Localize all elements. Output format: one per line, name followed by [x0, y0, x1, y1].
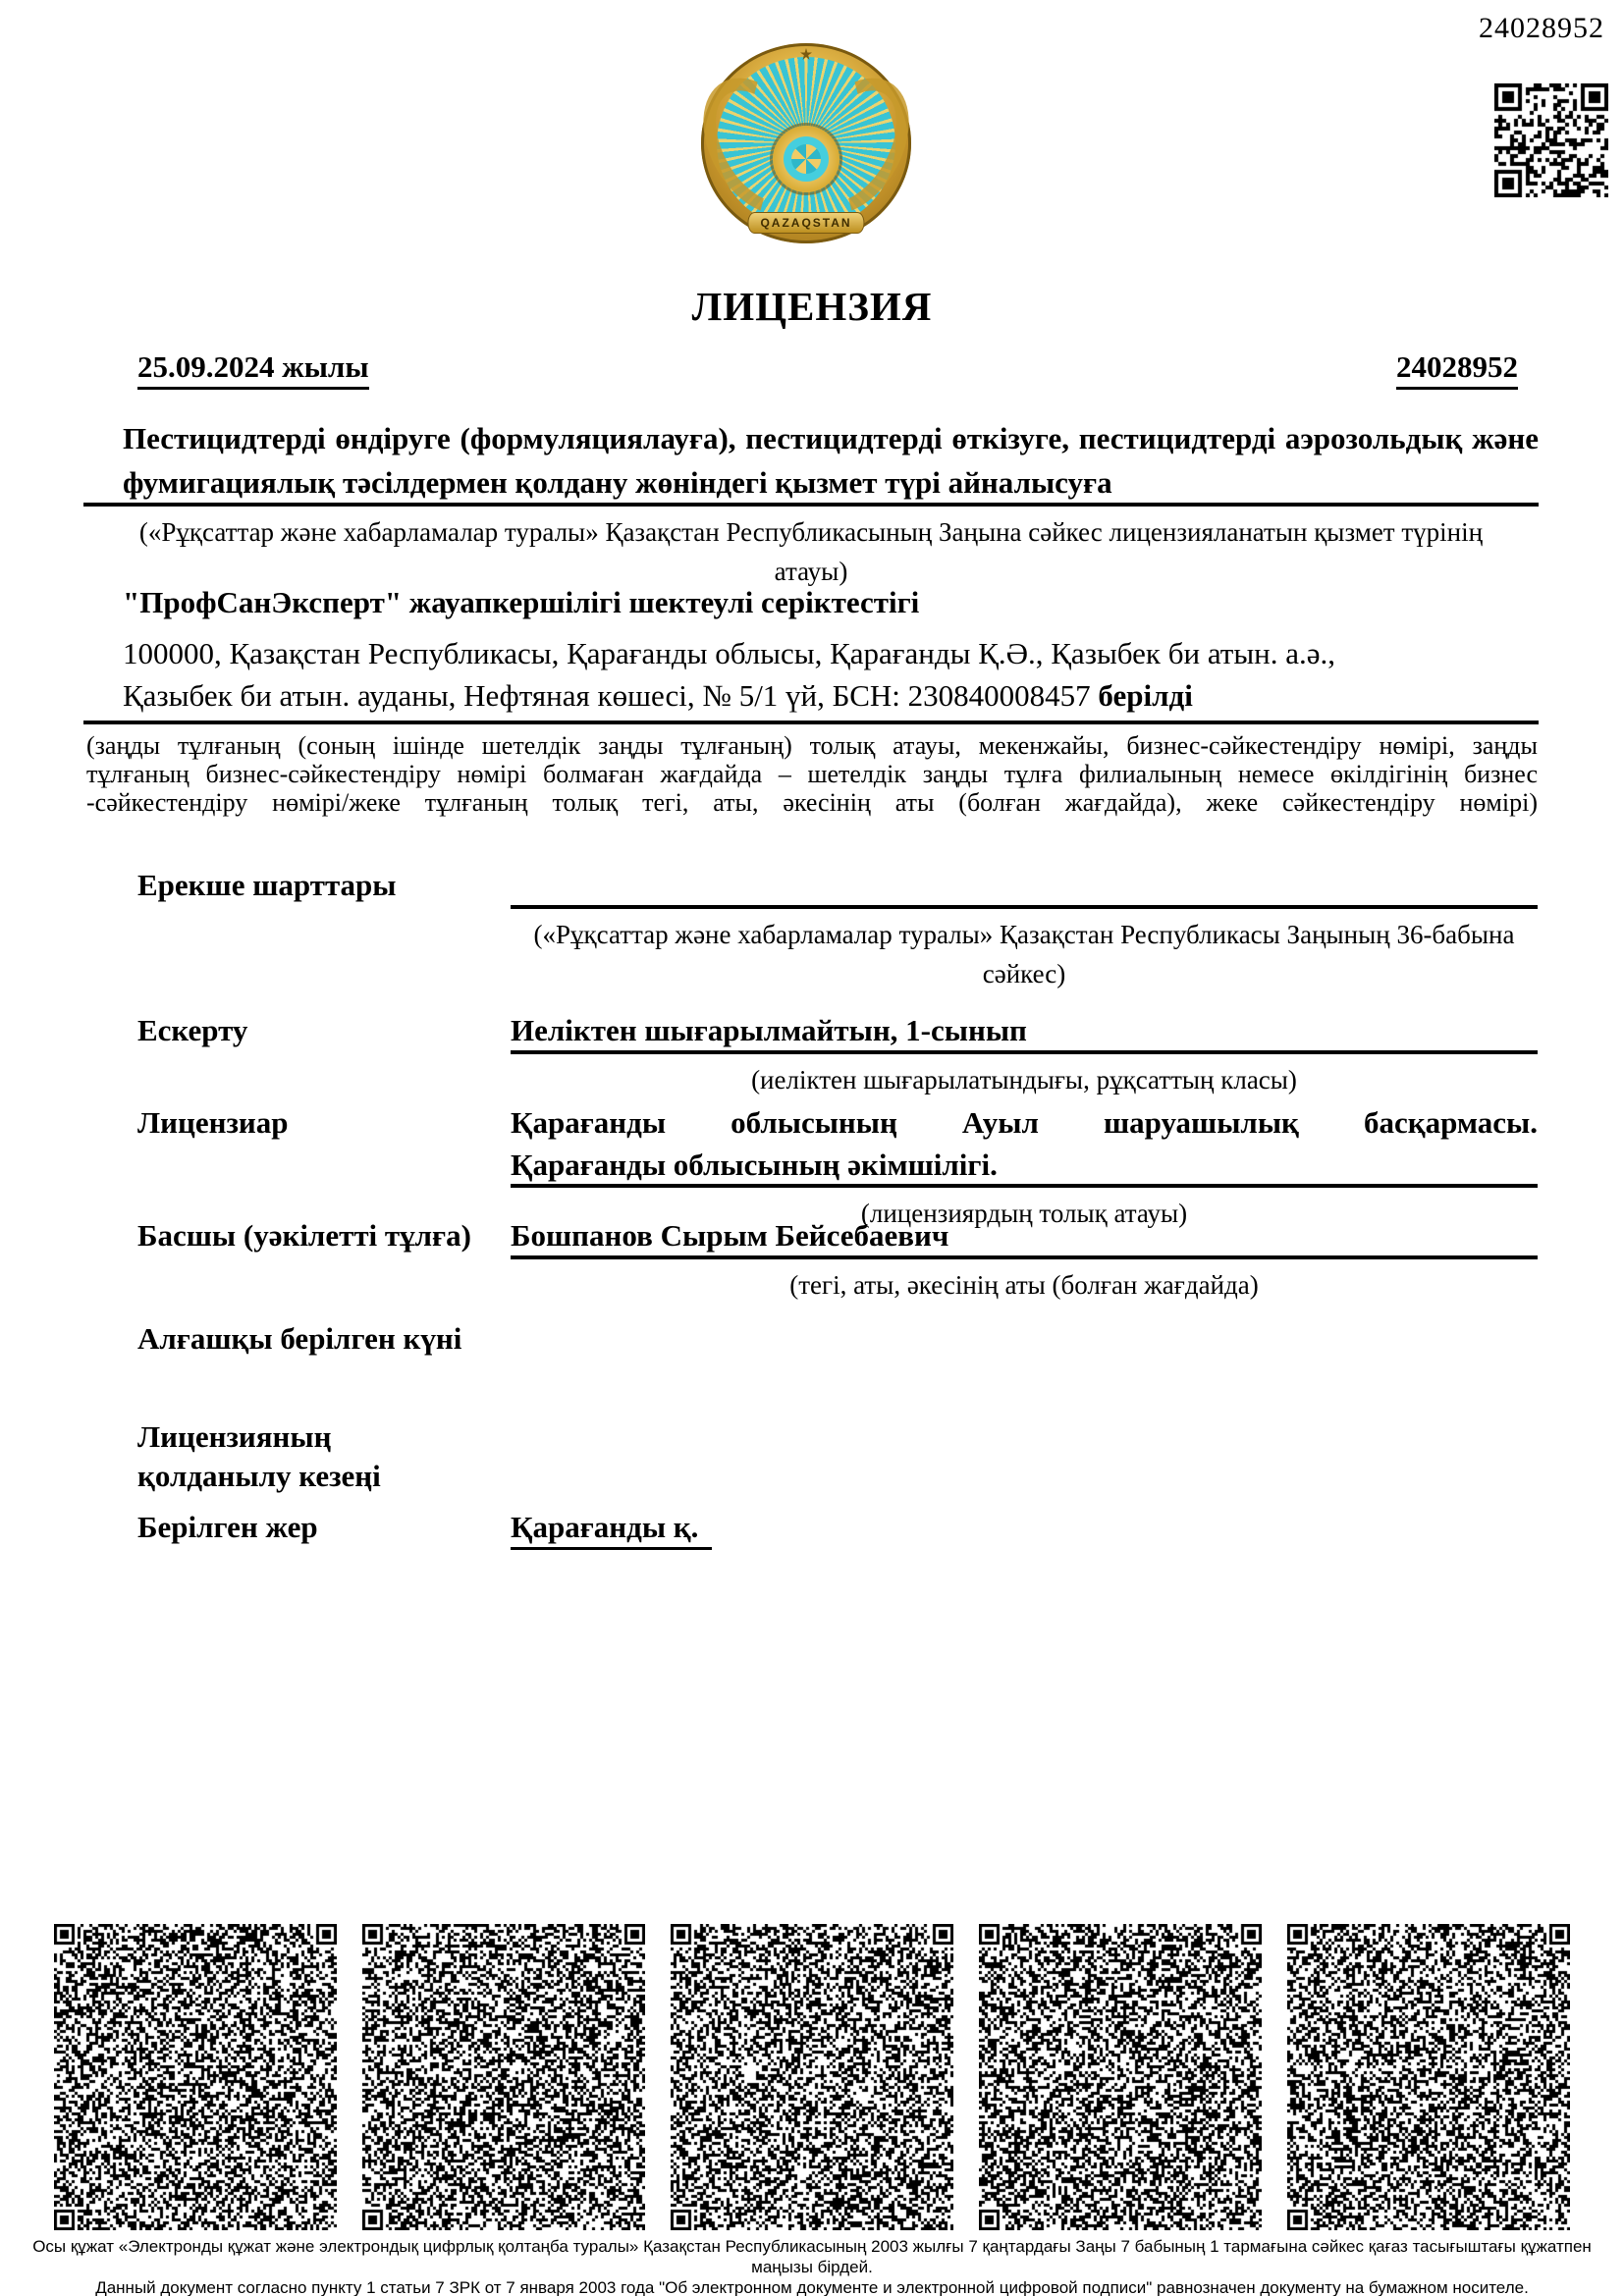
company-caption: (заңды тұлғаның (соның ішінде шетелдік з… — [86, 731, 1538, 817]
legal-footer: Осы құжат «Электронды құжат және электро… — [0, 2236, 1624, 2296]
licensor-value-line2: Қарағанды облысының әкімшілігі. — [511, 1148, 998, 1183]
note-value: Иеліктен шығарылмайтын, 1-сынып — [511, 1013, 1027, 1048]
company-caption-line2: тұлғаның бизнес-сәйкестендіру нөмірі бол… — [86, 760, 1538, 788]
head-value: Бошпанов Сырым Бейсебаевич — [511, 1218, 948, 1254]
issue-place-text: Қарағанды қ. — [511, 1510, 712, 1550]
field-label-licensor: Лицензиар — [137, 1105, 289, 1141]
date-and-number-row: 25.09.2024 жылы 24028952 — [137, 349, 1518, 390]
field-label-special-terms: Ерекше шарттары — [137, 868, 397, 903]
licensed-activity-text: Пестицидтерді өндіруге (формуляциялауға)… — [123, 416, 1539, 505]
special-terms-caption-line1: («Рұқсаттар және хабарламалар туралы» Қа… — [511, 915, 1538, 954]
emblem-banner: QAZAQSTAN — [747, 212, 864, 234]
field-label-validity-period: Лицензияның қолданылу кезеңі — [137, 1417, 412, 1496]
barcode-block-2 — [362, 1924, 645, 2230]
note-caption: (иеліктен шығарылатындығы, рұқсаттың кла… — [511, 1060, 1538, 1099]
company-caption-line1: (заңды тұлғаның (соның ішінде шетелдік з… — [86, 731, 1538, 760]
signature-barcode-strip — [54, 1924, 1570, 2230]
company-address: 100000, Қазақстан Республикасы, Қарағанд… — [123, 632, 1360, 717]
special-terms-caption-line2: сәйкес) — [511, 954, 1538, 993]
footer-line-russian: Данный документ согласно пункту 1 статьи… — [0, 2277, 1624, 2296]
license-document-page: 24028952 QAZAQSTAN ЛИЦЕНЗИЯ 25.09.2024 ж… — [0, 0, 1624, 2296]
barcode-block-4 — [979, 1924, 1262, 2230]
head-caption: (тегі, аты, әкесінің аты (болған жағдайд… — [511, 1265, 1538, 1305]
company-name: "ПрофСанЭксперт" жауапкершілігі шектеулі… — [123, 585, 919, 620]
licensor-value-line1: Қарағанды облысының Ауыл шаруашылық басқ… — [511, 1105, 1538, 1141]
barcode-block-1 — [54, 1924, 337, 2230]
activity-caption: («Рұқсаттар және хабарламалар туралы» Қа… — [83, 512, 1539, 591]
activity-caption-line1: («Рұқсаттар және хабарламалар туралы» Қа… — [83, 512, 1539, 552]
issued-word: берілді — [1098, 678, 1192, 713]
field-label-head: Басшы (уәкілетті тұлға) — [137, 1218, 471, 1254]
rule-under-address — [83, 721, 1539, 724]
issue-place-value: Қарағанды қ. — [511, 1510, 712, 1545]
company-caption-line3: -сәйкестендіру нөмірі/жеке тұлғаның толы… — [86, 788, 1538, 817]
field-label-first-issue-date: Алғашқы берілген күні — [137, 1321, 461, 1357]
page-title: ЛИЦЕНЗИЯ — [0, 283, 1624, 330]
issue-date: 25.09.2024 жылы — [137, 349, 369, 390]
rule-under-activity — [83, 503, 1539, 507]
emblem-shanyrak-star — [791, 144, 821, 174]
barcode-block-3 — [671, 1924, 953, 2230]
special-terms-caption: («Рұқсаттар және хабарламалар туралы» Қа… — [511, 915, 1538, 993]
license-number: 24028952 — [1396, 349, 1518, 390]
footer-line-kazakh: Осы құжат «Электронды құжат және электро… — [0, 2236, 1624, 2277]
emblem-shanyrak — [773, 126, 839, 192]
field-label-issue-place: Берілген жер — [137, 1510, 318, 1545]
kazakhstan-emblem: QAZAQSTAN — [695, 43, 917, 245]
emblem-shanyrak-inner — [784, 136, 829, 182]
rule-special-terms — [511, 905, 1538, 909]
field-label-note: Ескерту — [137, 1013, 247, 1048]
rule-licensor — [511, 1184, 1538, 1188]
barcode-block-5 — [1287, 1924, 1570, 2230]
document-serial-number-top: 24028952 — [1479, 12, 1604, 45]
qr-code-icon — [1494, 83, 1608, 197]
rule-note — [511, 1050, 1538, 1054]
rule-head — [511, 1255, 1538, 1259]
